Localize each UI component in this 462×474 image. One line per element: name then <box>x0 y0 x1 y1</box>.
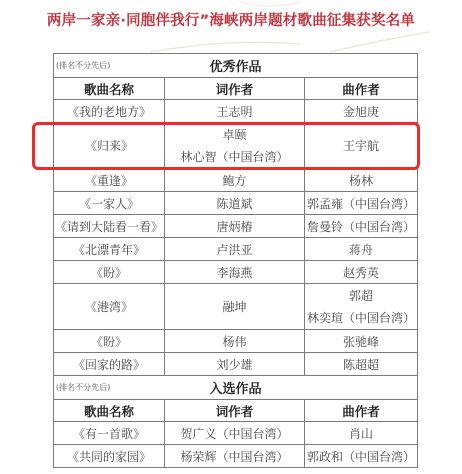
table-row: 《盼》 杨伟 张驰峰 <box>54 330 418 353</box>
table-row: 《回家的路》 刘少雄 陈超超 <box>54 353 418 376</box>
table-row-highlighted: 《归来》 卓颐 林心智（中国台湾） 王宇航 <box>54 123 418 169</box>
composer: 郭孟雍（中国台湾） <box>305 192 418 215</box>
lyricist: 卓颐 林心智（中国台湾） <box>165 123 305 169</box>
lyricist: 鲍方 <box>165 169 305 192</box>
lyricist: 陈道斌 <box>165 192 305 215</box>
col-header-song: 歌曲名称 <box>54 400 165 422</box>
composer: 詹曼铃（中国台湾） <box>305 215 418 238</box>
page-title: 两岸一家亲·同胞伴我行”海峡两岸题材歌曲征集获奖名单 <box>0 9 462 30</box>
song-name: 《请到大陆看一看》 <box>54 215 165 238</box>
ranking-note: (排名不分先后) <box>56 382 110 393</box>
song-name: 《共同的家园》 <box>54 445 165 468</box>
song-name: 《我的老地方》 <box>54 100 165 123</box>
song-name: 《盼》 <box>54 261 165 284</box>
lyricist: 融坤 <box>165 284 305 330</box>
song-name: 《归来》 <box>54 123 165 169</box>
table-row: 《一家人》 陈道斌 郭孟雍（中国台湾） <box>54 192 418 215</box>
song-name: 《港湾》 <box>54 284 165 330</box>
song-name: 《有一首歌》 <box>54 422 165 445</box>
award-list-table: (排名不分先后) 优秀作品 歌曲名称 词作者 曲作者 《我的老地方》 王志明 金… <box>53 53 417 468</box>
col-header-lyricist: 词作者 <box>165 400 305 422</box>
table-row: 《北漂青年》 卢洪亚 蒋舟 <box>54 238 418 261</box>
col-header-lyricist: 词作者 <box>165 78 305 100</box>
composer: 陈超超 <box>305 353 418 376</box>
lyricist-name: 卓颐 <box>165 124 304 146</box>
composer: 张驰峰 <box>305 330 418 353</box>
section-title: 优秀作品 <box>209 60 261 75</box>
song-name: 《北漂青年》 <box>54 238 165 261</box>
table-row: 《我的老地方》 王志明 金旭庚 <box>54 100 418 123</box>
lyricist-name: 林心智（中国台湾） <box>165 146 304 168</box>
column-headers: 歌曲名称 词作者 曲作者 <box>54 400 418 422</box>
lyricist: 刘少雄 <box>165 353 305 376</box>
song-name: 《回家的路》 <box>54 353 165 376</box>
composer: 郭政和（中国台湾） <box>305 445 418 468</box>
lyricist: 卢洪亚 <box>165 238 305 261</box>
table-row: 《有一首歌》 贺广义（中国台湾） 肖山 <box>54 422 418 445</box>
song-name: 《重逢》 <box>54 169 165 192</box>
table-row: 《港湾》 融坤 郭超 林奕瑄（中国台湾） <box>54 284 418 330</box>
composer-name: 郭超 <box>305 285 417 307</box>
composer: 蒋舟 <box>305 238 418 261</box>
composer: 王宇航 <box>305 123 418 169</box>
col-header-song: 歌曲名称 <box>54 78 165 100</box>
lyricist: 唐炳椿 <box>165 215 305 238</box>
composer: 肖山 <box>305 422 418 445</box>
section-header-excellent: (排名不分先后) 优秀作品 <box>54 54 418 78</box>
song-name: 《一家人》 <box>54 192 165 215</box>
composer: 金旭庚 <box>305 100 418 123</box>
section-title: 入选作品 <box>209 382 261 397</box>
lyricist: 贺广义（中国台湾） <box>165 422 305 445</box>
col-header-composer: 曲作者 <box>305 78 418 100</box>
composer-name: 林奕瑄（中国台湾） <box>305 307 417 329</box>
table-row: 《盼》 李海燕 赵秀英 <box>54 261 418 284</box>
lyricist: 王志明 <box>165 100 305 123</box>
table-row: 《重逢》 鲍方 杨林 <box>54 169 418 192</box>
ranking-note: (排名不分先后) <box>56 60 110 71</box>
composer: 赵秀英 <box>305 261 418 284</box>
lyricist: 李海燕 <box>165 261 305 284</box>
section-header-selected: (排名不分先后) 入选作品 <box>54 376 418 400</box>
table-row: 《共同的家园》 杨荣辉（中国台湾） 郭政和（中国台湾） <box>54 445 418 468</box>
composer: 杨林 <box>305 169 418 192</box>
column-headers: 歌曲名称 词作者 曲作者 <box>54 78 418 100</box>
composer: 郭超 林奕瑄（中国台湾） <box>305 284 418 330</box>
song-name: 《盼》 <box>54 330 165 353</box>
lyricist: 杨荣辉（中国台湾） <box>165 445 305 468</box>
col-header-composer: 曲作者 <box>305 400 418 422</box>
table-row: 《请到大陆看一看》 唐炳椿 詹曼铃（中国台湾） <box>54 215 418 238</box>
lyricist: 杨伟 <box>165 330 305 353</box>
